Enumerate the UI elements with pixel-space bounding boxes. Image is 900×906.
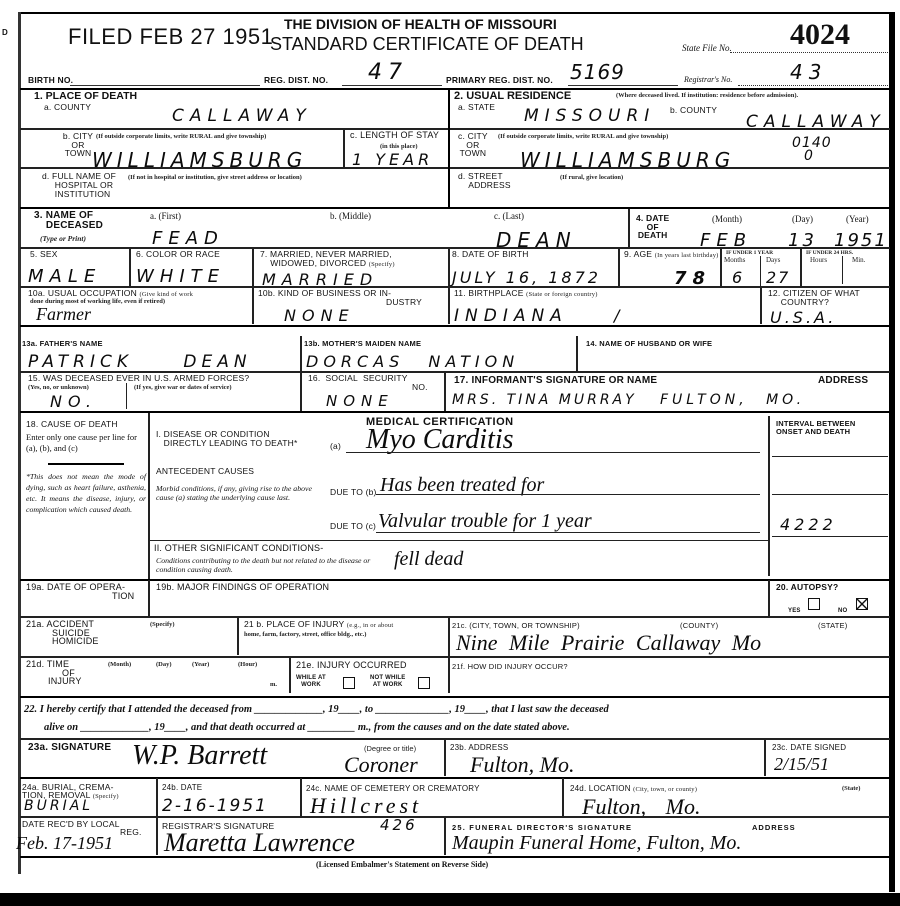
age-months-divider <box>720 248 722 286</box>
middle-name-label: b. (Middle) <box>330 211 371 221</box>
primary-reg-dist-label: PRIMARY REG. DIST. NO. <box>446 76 553 85</box>
autopsy-yes-label: YES <box>788 607 801 616</box>
mother-spouse-divider <box>576 336 578 371</box>
not-while-at-work-checkbox[interactable] <box>418 677 430 689</box>
while-at-work-checkbox[interactable] <box>343 677 355 689</box>
row-rule-operation <box>20 616 890 618</box>
injury-location-value: Nine Mile Prairie Callaway Mo <box>456 630 761 656</box>
age-note: (In years last birthday) <box>655 252 719 259</box>
antecedent-label: ANTECEDENT CAUSES <box>156 467 254 476</box>
death-year-label: (Year) <box>846 214 869 224</box>
father-label: 13a. FATHER'S NAME <box>22 339 103 348</box>
left-border <box>18 12 21 874</box>
part1-label: I. DISEASE OR CONDITION DIRECTLY LEADING… <box>156 430 326 448</box>
director-value: Maupin Funeral Home, Fulton, Mo. <box>452 832 741 855</box>
time-m-label: m. <box>270 681 277 688</box>
sex-value: MALE <box>28 266 101 287</box>
occupation-value: Farmer <box>36 304 91 325</box>
row-rule-injury-2 <box>20 696 890 698</box>
interval-label: INTERVAL BETWEENONSET AND DEATH <box>776 420 855 436</box>
reg-dist-no: 47 <box>368 60 408 85</box>
op-date-label: 19a. DATE OF OPERA-TION <box>26 583 134 601</box>
first-name-value: FEAD <box>152 228 224 249</box>
cause-separator <box>48 463 124 465</box>
cert-line-1: 22. I hereby certify that I attended the… <box>24 704 609 715</box>
state-file-label: State File No. <box>682 43 732 53</box>
interval-rule-b <box>772 494 888 495</box>
time-day-label: (Day) <box>156 661 172 668</box>
ur-row-rule-2 <box>450 167 890 169</box>
dob-age-divider <box>618 248 620 286</box>
check-x-icon <box>856 598 868 610</box>
birth-no-label: BIRTH NO. <box>28 76 73 85</box>
informant-value: MRS. TINA MURRAY <box>452 392 637 408</box>
marital-note: (Specify) <box>369 261 395 268</box>
burial-location-note: (City, town, or county) <box>633 786 697 793</box>
pod-stay-title: c. LENGTH OF STAY <box>350 130 439 140</box>
dob-value: JULY 16, 1872 <box>452 268 601 287</box>
autopsy-no-label: NO <box>838 607 847 616</box>
op-divider <box>148 580 150 616</box>
primary-reg-dist-no: 5169 <box>570 60 625 84</box>
title-division: THE DIVISION OF HEALTH OF MISSOURI <box>284 16 557 32</box>
death-day-label: (Day) <box>792 214 813 224</box>
interval-rule-a <box>772 456 888 457</box>
address-datesigned-divider <box>764 739 766 776</box>
last-name-label: c. (Last) <box>494 211 524 221</box>
hours-min-divider <box>842 256 843 284</box>
birthplace-label: 11. BIRTHPLACE (State or foreign country… <box>454 289 598 298</box>
part2-rule <box>148 540 770 541</box>
row-rule-medical <box>20 579 890 581</box>
marital-dob-divider <box>448 248 450 286</box>
mother-label: 13b. MOTHER'S MAIDEN NAME <box>304 339 421 348</box>
cause-instr-divider <box>148 413 150 579</box>
signature-label: 23a. SIGNATURE <box>28 743 111 752</box>
section-rule-3 <box>20 207 890 209</box>
interval-divider <box>768 416 770 576</box>
place-of-death-label: 1. PLACE OF DEATH <box>34 90 137 102</box>
place-city-divider <box>448 617 450 693</box>
autopsy-label: 20. AUTOPSY? <box>776 583 838 592</box>
burial-date-value: 2-16-1951 <box>162 796 268 816</box>
death-month-label: (Month) <box>712 214 742 224</box>
ur-street-note: (If rural, give location) <box>560 174 623 181</box>
informant-address-label: ADDRESS <box>818 376 868 385</box>
ur-code-2: 0 <box>804 148 819 164</box>
signature-value: W.P. Barrett <box>132 740 267 772</box>
time-occurred-divider <box>289 657 291 693</box>
date-signed-value: 2/15/51 <box>774 754 829 775</box>
months-label: Months <box>724 257 745 264</box>
age-months-value: 6 <box>732 268 748 287</box>
burial-state-label: (State) <box>842 785 860 792</box>
right-border <box>889 12 895 892</box>
armed-note-divider <box>126 383 127 409</box>
primary-reg-dist-line <box>568 85 678 86</box>
cause-footnote: *This does not mean the mode of dying, s… <box>26 471 146 515</box>
time-hour-label: (Hour) <box>238 661 257 668</box>
recd-value: Feb. 17-1951 <box>16 833 113 854</box>
bottom-black-band <box>0 893 900 906</box>
row-rule-occupation <box>20 325 890 327</box>
pod-city-note: (If outside corporate limits, write RURA… <box>96 133 326 140</box>
row-rule-burial <box>20 816 890 818</box>
pod-hospital-note: (If not in hospital or institution, give… <box>128 174 302 181</box>
ur-row-rule-1 <box>450 128 890 130</box>
sex-label: 5. SEX <box>30 250 58 259</box>
part2-note: Conditions contributing to the death but… <box>156 556 396 574</box>
row-rule-injury-1 <box>20 656 890 658</box>
birthplace-note: (State or foreign country) <box>526 291 597 298</box>
margin-mark: D <box>2 28 8 37</box>
birthplace-value: INDIANA <box>454 306 568 326</box>
pod-stay-divider <box>343 129 345 167</box>
time-year-label: (Year) <box>192 661 209 668</box>
antecedent-note: Morbid conditions, if any, giving rise t… <box>156 484 326 502</box>
cert-line-2: alive on _____________, 19____, and that… <box>44 722 570 733</box>
date-signed-label: 23c. DATE SIGNED <box>772 743 846 752</box>
registrar-no: 43 <box>790 60 827 84</box>
pod-county-value: CALLAWAY <box>172 106 312 126</box>
usual-residence-note: (Where deceased lived. If institution: r… <box>616 92 888 99</box>
title-certificate: STANDARD CERTIFICATE OF DEATH <box>270 34 584 55</box>
hours-label: Hours <box>810 257 827 264</box>
first-name-label: a. (First) <box>150 211 181 221</box>
pod-stay-note: (in this place) <box>380 143 418 150</box>
birthplace-citizen-divider <box>760 286 762 324</box>
interval-c-value: 4222 <box>780 515 837 534</box>
registrar-director-divider <box>444 817 446 855</box>
dob-label: 8. DATE OF BIRTH <box>452 250 529 259</box>
autopsy-yes-checkbox[interactable] <box>808 598 820 610</box>
state-file-no: 4024 <box>790 18 850 52</box>
occurred-label: 21e. INJURY OCCURRED <box>296 661 407 670</box>
armed-note-1: (Yes, no, or unknown) <box>28 384 89 391</box>
mother-value: DORCAS NATION <box>306 352 519 371</box>
reg-dist-line <box>342 85 442 86</box>
director-label: 25. FUNERAL DIRECTOR'S SIGNATURE <box>452 823 632 832</box>
sex-race-divider <box>129 248 131 286</box>
pod-hospital-label: d. FULL NAME OF HOSPITAL OR INSTITUTION <box>42 172 116 199</box>
date-death-divider <box>628 209 630 247</box>
armed-note-2: (If yes, give war or dates of service) <box>134 384 232 391</box>
registrar-no-line <box>738 85 888 86</box>
armed-label: 15. WAS DECEASED EVER IN U.S. ARMED FORC… <box>28 374 249 383</box>
not-while-at-work-label: NOT WHILEAT WORK <box>370 675 405 689</box>
autopsy-divider <box>768 580 770 616</box>
registrar-num: 426 <box>380 816 418 834</box>
due-to-c-label: DUE TO (c) <box>330 522 376 531</box>
ur-city-note: (If outside corporate limits, write RURA… <box>498 133 668 140</box>
business-value: NONE <box>284 306 355 325</box>
days-label: Days <box>766 257 780 264</box>
cert-address-value: Fulton, Mo. <box>470 752 575 778</box>
injury-county-label: (COUNTY) <box>680 621 718 630</box>
date-death-label: 4. DATEOFDEATH <box>636 214 669 240</box>
name-label: 3. NAME OF DECEASED <box>34 211 103 231</box>
pod-county-label: a. COUNTY <box>44 103 91 112</box>
date-cemetery-divider <box>300 778 302 816</box>
informant-label: 17. INFORMANT'S SIGNATURE OR NAME <box>454 376 657 385</box>
business-birthplace-divider <box>448 286 450 324</box>
cemetery-location-divider <box>562 778 564 816</box>
while-at-work-label: WHILE ATWORK <box>296 675 326 689</box>
days-hours-divider <box>800 248 802 286</box>
embalmer-note: (Licensed Embalmer's Statement on Revers… <box>316 860 488 869</box>
injury-city-label: 21c. (CITY, TOWN, OR TOWNSHIP) <box>452 621 580 630</box>
op-findings-label: 19b. MAJOR FINDINGS OF OPERATION <box>156 583 329 592</box>
race-value: WHITE <box>136 266 225 287</box>
row-rule-signature <box>20 777 890 779</box>
usual-residence-label: 2. USUAL RESIDENCE <box>454 90 571 102</box>
pod-stay-label: c. LENGTH OF STAY <box>350 131 439 140</box>
accident-label: 21a. ACCIDENTSUICIDEHOMICIDE <box>26 620 99 646</box>
months-days-divider <box>760 256 761 286</box>
part2-label: II. OTHER SIGNIFICANT CONDITIONS- <box>154 544 323 553</box>
injury-state-label: (STATE) <box>818 621 847 630</box>
line-b-underline <box>376 494 760 495</box>
father-value: PATRICK DEAN <box>28 352 252 372</box>
age-label: 9. AGE (In years last birthday) <box>624 250 719 259</box>
ur-county-label: b. COUNTY <box>670 106 717 115</box>
accident-note: (Specify) <box>150 621 175 628</box>
cert-address-label: 23b. ADDRESS <box>450 743 508 752</box>
ur-city-label: c. CITYORTOWN <box>458 132 488 158</box>
ur-state-value: MISSOURI <box>524 106 655 126</box>
father-mother-divider <box>300 336 302 371</box>
time-label: 21d. TIMEOFINJURY <box>26 660 82 686</box>
cemetery-label: 24c. NAME OF CEMETERY OR CREMATORY <box>306 784 480 793</box>
citizen-label: 12. CITIZEN OF WHAT COUNTRY? <box>768 289 860 306</box>
place-label: 21 b. PLACE OF INJURY (e.g., in or about <box>244 620 393 629</box>
interval-rule-c <box>772 536 888 537</box>
age-days-value: 27 <box>766 268 790 287</box>
birth-no-line <box>70 85 260 86</box>
ur-state-label: a. STATE <box>458 103 495 112</box>
row-rule-armed <box>20 411 890 413</box>
how-label: 21f. HOW DID INJURY OCCUR? <box>452 662 568 671</box>
burial-date-divider <box>156 778 158 816</box>
state-file-dots <box>730 52 888 53</box>
filed-stamp: FILED FEB 27 1951 <box>68 24 273 50</box>
birthplace-mark: / <box>614 306 625 325</box>
signature-address-divider <box>444 739 446 776</box>
ur-street-label: d. STREET ADDRESS <box>458 172 511 190</box>
pod-row-rule-2 <box>20 167 448 169</box>
ssn-label: 16. SOCIAL SECURITYNO. <box>308 374 428 392</box>
line-c-value: Valvular trouble for 1 year <box>378 510 592 533</box>
burial-date-label: 24b. DATE <box>162 783 202 792</box>
due-to-b-label: DUE TO (b) <box>330 488 377 497</box>
occupation-note-inline: (Give kind of work <box>139 291 193 298</box>
director-address-label: ADDRESS <box>752 823 796 832</box>
line-a-label: (a) <box>330 442 341 451</box>
degree-value: Coroner <box>344 752 418 778</box>
name-note: (Type or Print) <box>40 235 86 242</box>
place-note-inline: (e.g., in or about <box>347 622 394 629</box>
ssn-value: NONE <box>326 392 394 410</box>
informant-address-value: FULTON, MO. <box>660 392 805 408</box>
cause-instr: Enter only one cause per line for (a), (… <box>26 432 146 454</box>
line-c-underline <box>376 532 760 533</box>
accident-place-divider <box>237 617 239 655</box>
armed-ssn-divider <box>300 371 302 411</box>
divider-1-2 <box>448 89 450 207</box>
spouse-label: 14. NAME OF HUSBAND OR WIFE <box>586 339 712 348</box>
race-label: 6. COLOR OR RACE <box>136 250 220 259</box>
business-label: 10b. KIND OF BUSINESS OR IN-DUSTRY <box>258 289 422 307</box>
registrar-value: Maretta Lawrence <box>164 828 355 858</box>
armed-value: NO. <box>50 392 97 411</box>
recd-registrar-divider <box>156 817 158 855</box>
marital-label: 7. MARRIED, NEVER MARRIED, WIDOWED, DIVO… <box>260 250 395 268</box>
occupation-label: 10a. USUAL OCCUPATION (Give kind of work <box>28 289 193 298</box>
burial-location-label: 24d. LOCATION (City, town, or county) <box>570 784 697 793</box>
degree-label: (Degree or title) <box>364 745 416 752</box>
burial-type-note: (Specify) <box>93 793 119 800</box>
time-month-label: (Month) <box>108 661 131 668</box>
place-note: home, farm, factory, street, office bldg… <box>244 631 366 638</box>
reg-dist-label: REG. DIST. NO. <box>264 76 328 85</box>
row-rule-registrar <box>20 856 890 858</box>
part2-value: fell dead <box>394 548 463 571</box>
burial-type-value: BURIAL <box>24 798 93 814</box>
registrar-no-label: Registrar's No. <box>684 75 732 84</box>
line-a-underline <box>346 452 760 453</box>
cause-label: 18. CAUSE OF DEATH <box>26 420 118 429</box>
ssn-informant-divider <box>444 371 446 411</box>
top-border <box>20 12 890 14</box>
min-label: Min. <box>852 257 865 264</box>
autopsy-no-checkbox[interactable] <box>856 598 868 610</box>
